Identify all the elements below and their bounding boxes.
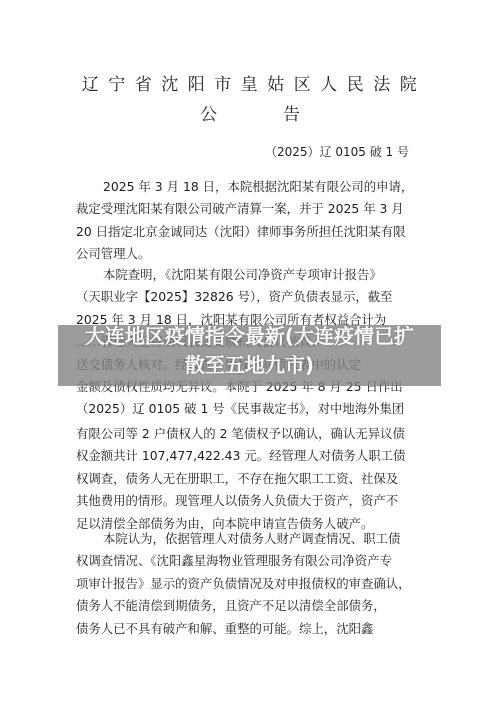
text-line: 20 日指定北京金诚同达（沈阳）律师事务所担任沈阳某有限 (76, 221, 426, 243)
case-number: （2025）辽 0105 破 1 号 (265, 143, 409, 160)
text-line: 债务人已不具有破产和解、重整的可能。综上，沈阳鑫 (76, 618, 426, 640)
text-line: 本院认为，依据管理人对债务人财产调查情况、职工债 (76, 528, 426, 550)
text-line: 权调查，债务人无在册职工，不存在拖欠职工工资、社保及 (76, 468, 426, 490)
text-line: 2025 年 3 月 18 日，本院根据沈阳某有限公司的申请， (76, 176, 426, 198)
paragraph-claims: 有限公司等 2 户债权人的 2 笔债权予以确认，确认无异议债 权金额共计 107… (76, 423, 426, 535)
document-page: 辽宁省沈阳市皇姑区人民法院 公告 （2025）辽 0105 破 1 号 2025… (0, 0, 500, 706)
headline-line-2: 散至五地九市) (58, 351, 441, 380)
text-line: 项审计报告》显示的资产负债情况及对申报债权的审查确认， (76, 573, 426, 595)
headline-line-1: 大连地区疫情指令最新(大连疫情已扩 (58, 322, 441, 351)
text-line: （2025）辽 0105 破 1 号《民事裁定书》，对中地海外集团 (76, 398, 426, 420)
title-char-right: 告 (283, 100, 300, 125)
text-line: 本院查明，《沈阳某有限公司净资产专项审计报告》 (76, 264, 426, 286)
text-line: 债务人不能清偿到期债务，且资产不足以清偿全部债务， (76, 595, 426, 617)
text-line: 公司管理人。 (76, 243, 426, 265)
document-title: 公告 (0, 100, 500, 125)
court-name: 辽宁省沈阳市皇姑区人民法院 (0, 70, 500, 95)
paragraph-opinion: 本院认为，依据管理人对债务人财产调查情况、职工债 权调查情况、《沈阳鑫星海物业管… (76, 528, 426, 640)
text-line: 有限公司等 2 户债权人的 2 笔债权予以确认，确认无异议债 (76, 423, 426, 445)
text-line: 权金额共计 107,477,422.43 元。经管理人对债务人职工债 (76, 445, 426, 467)
paragraph-acceptance: 2025 年 3 月 18 日，本院根据沈阳某有限公司的申请， 裁定受理沈阳某有… (76, 176, 426, 266)
text-line: 其他费用的情形。现管理人以债务人负债大于资产，资产不 (76, 490, 426, 512)
text-line: 裁定受理沈阳某有限公司破产清算一案，并于 2025 年 3 月 (76, 198, 426, 220)
title-char-left: 公 (200, 100, 217, 125)
text-line: （天职业字【2025】32826 号），资产负债表显示，截至 (76, 286, 426, 308)
text-line: 权调查情况、《沈阳鑫星海物业管理服务有限公司净资产专 (76, 550, 426, 572)
headline-overlay[interactable]: 大连地区疫情指令最新(大连疫情已扩 散至五地九市) (58, 322, 441, 380)
